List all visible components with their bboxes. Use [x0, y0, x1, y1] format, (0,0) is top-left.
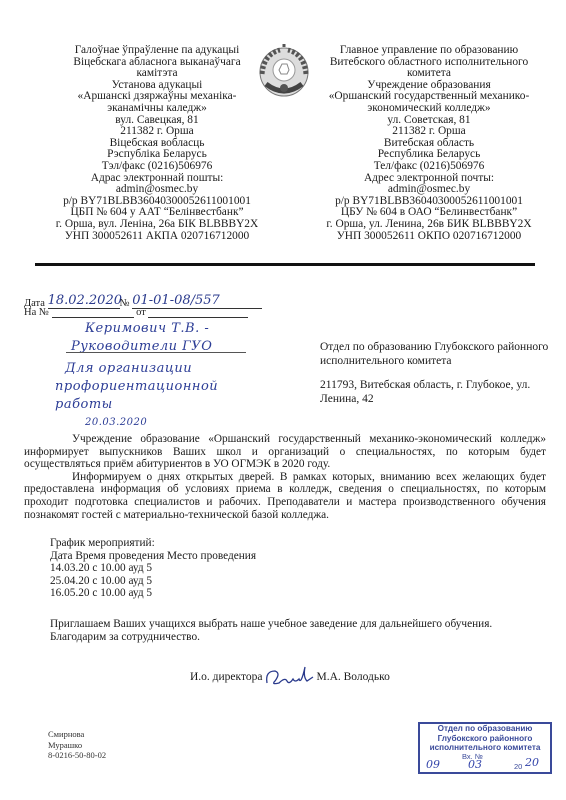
header-line: Тэл/факс (0216)506976 — [42, 161, 272, 173]
reply-number-field — [52, 307, 134, 318]
reply-label: На № — [24, 307, 49, 318]
executor-contacts: Смирнова Мурашко 8-0216-50-80-02 — [48, 729, 106, 761]
resolution-divider — [66, 352, 246, 353]
header-line: Главное управление по образованию — [304, 45, 554, 57]
schedule-row: 14.03.20 с 10.00 ауд 5 — [50, 562, 256, 575]
stamp-year-prefix: 20 — [514, 762, 522, 772]
reply-line: На № от — [24, 307, 248, 318]
resolution-line: Для организации — [55, 360, 265, 378]
resolution-line: профориентационной — [55, 378, 265, 396]
stamp-day: 09 — [426, 760, 440, 770]
handwritten-resolution: Керимович Т.В. - Руководители ГУО Для ор… — [55, 320, 265, 432]
schedule-row: 25.04.20 с 10.00 ауд 5 — [50, 575, 256, 588]
header-divider — [35, 263, 535, 266]
contact-line: Мурашко — [48, 740, 106, 751]
stamp-line: Глубокского районного — [420, 734, 550, 744]
addressee-org: Отдел по образованию Глубокского районно… — [320, 340, 550, 368]
stamp-year: 20 — [525, 758, 539, 768]
header-line: 211382 г. Орша — [42, 126, 272, 138]
event-schedule: График мероприятий: Дата Время проведени… — [50, 537, 256, 600]
header-line: УНП 300052611 ОКПО 020716712000 — [304, 231, 554, 243]
thanks-text: Благодарим за сотрудничество. — [50, 631, 492, 644]
header-russian: Главное управление по образованию Витебс… — [304, 45, 554, 242]
letter-body: Учреждение образование «Оршанский госуда… — [24, 433, 546, 521]
resolution-date: 20.03.2020 — [55, 414, 265, 432]
stamp-month: 03 — [468, 760, 482, 770]
header-line: 211382 г. Орша — [304, 126, 554, 138]
header-line: эканамічны каледж» — [42, 103, 272, 115]
closing-block: Приглашаем Ваших учащихся выбрать наше у… — [50, 618, 492, 643]
header-line: г. Орша, ул. Ленина, 26в БИК BLBBBY2X — [304, 219, 554, 231]
contact-line: Смирнова — [48, 729, 106, 740]
header-email: admin@osmec.by — [304, 184, 554, 196]
header-email: admin@osmec.by — [42, 184, 272, 196]
header-line: г. Орша, вул. Леніна, 26а БІК BLBBBY2X — [42, 219, 272, 231]
resolution-line: работы — [55, 396, 265, 414]
incoming-stamp: Отдел по образованию Глубокского районно… — [418, 722, 552, 774]
schedule-columns: Дата Время проведения Место проведения — [50, 550, 256, 563]
signer-name: М.А. Володько — [316, 671, 389, 683]
addressee-block: Отдел по образованию Глубокского районно… — [320, 340, 550, 416]
stamp-line: исполнительного комитета — [420, 743, 550, 753]
signature-block: И.о. директора М.А. Володько — [190, 663, 390, 691]
schedule-row: 16.05.20 с 10.00 ауд 5 — [50, 587, 256, 600]
reply-date-field — [148, 307, 248, 318]
schedule-title: График мероприятий: — [50, 537, 256, 550]
contact-phone: 8-0216-50-80-02 — [48, 750, 106, 761]
addressee-address: 211793, Витебская область, г. Глубокое, … — [320, 378, 550, 406]
header-line: УНП 300052611 АКПА 020716712000 — [42, 231, 272, 243]
signer-position: И.о. директора — [190, 671, 262, 683]
resolution-line: Керимович Т.В. - — [55, 320, 265, 338]
header-line: экономический колледж» — [304, 103, 554, 115]
header-belarusian: Галоўнае ўпраўленне па адукацыі Віцебска… — [42, 45, 272, 242]
header-line: Тел/факс (0216)506976 — [304, 161, 554, 173]
body-paragraph: Учреждение образование «Оршанский госуда… — [24, 433, 546, 471]
header-line: Галоўнае ўпраўленне па адукацыі — [42, 45, 272, 57]
body-paragraph: Информируем о днях открытых дверей. В ра… — [24, 471, 546, 521]
invitation-text: Приглашаем Ваших учащихся выбрать наше у… — [50, 618, 492, 631]
from-label: от — [136, 307, 146, 318]
stamp-line: Отдел по образованию — [420, 724, 550, 734]
handwritten-signature-icon — [263, 663, 315, 691]
resolution-line: Руководители ГУО — [55, 338, 265, 356]
